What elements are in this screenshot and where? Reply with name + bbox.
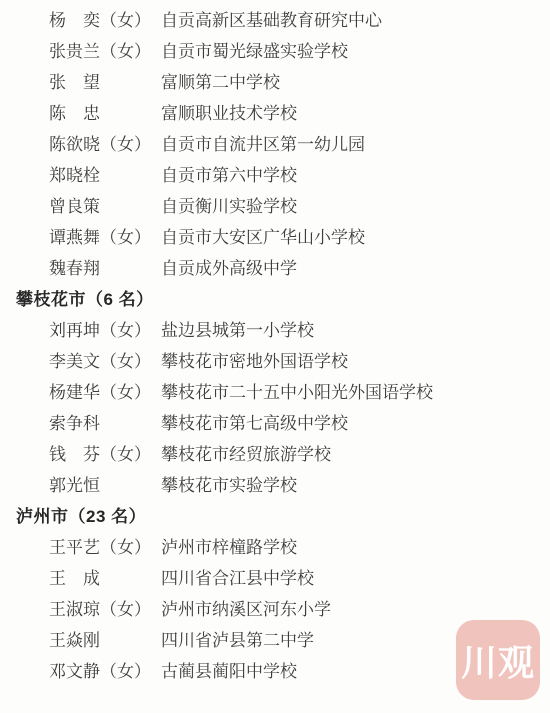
school-name: 攀枝花市密地外国语学校 [161, 347, 348, 372]
teacher-name: 陈 忠 [49, 99, 161, 124]
roster-entry-row: 魏春翔 自贡成外高级中学 [0, 251, 550, 282]
school-name: 自贡市自流井区第一幼儿园 [161, 130, 365, 155]
school-name: 自贡市第六中学校 [161, 161, 297, 186]
city-section-header: 泸州市（23 名） [0, 499, 550, 530]
teacher-name: 索争科 [49, 409, 161, 434]
roster-entry-row: 陈欲晓（女） 自贡市自流井区第一幼儿园 [0, 127, 550, 158]
teacher-name: 杨建华（女） [49, 378, 161, 403]
teacher-name: 杨 奕（女） [49, 6, 161, 31]
roster-entry-row: 李美文（女） 攀枝花市密地外国语学校 [0, 344, 550, 375]
roster-entry-row: 张贵兰（女） 自贡市蜀光绿盛实验学校 [0, 34, 550, 65]
teacher-name: 张 望 [49, 68, 161, 93]
school-name: 自贡市大安区广华山小学校 [161, 223, 365, 248]
teacher-name: 钱 芬（女） [49, 440, 161, 465]
chuanguan-logo-text: 川观 [461, 635, 535, 686]
teacher-name: 王焱刚 [49, 626, 161, 651]
roster-entry-row: 陈 忠 富顺职业技术学校 [0, 96, 550, 127]
roster-entry-row: 索争科 攀枝花市第七高级中学校 [0, 406, 550, 437]
roster-entry-row: 刘再坤（女） 盐边县城第一小学校 [0, 313, 550, 344]
roster-entry-row: 谭燕舞（女） 自贡市大安区广华山小学校 [0, 220, 550, 251]
teacher-name: 王淑琼（女） [49, 595, 161, 620]
roster-entry-row: 张 望 富顺第二中学校 [0, 65, 550, 96]
school-name: 泸州市纳溪区河东小学 [161, 595, 331, 620]
teacher-name: 张贵兰（女） [49, 37, 161, 62]
teacher-name: 曾良策 [49, 192, 161, 217]
school-name: 盐边县城第一小学校 [161, 316, 314, 341]
school-name: 攀枝花市经贸旅游学校 [161, 440, 331, 465]
roster-entry-row: 郑晓栓 自贡市第六中学校 [0, 158, 550, 189]
roster-entry-row: 王淑琼（女） 泸州市纳溪区河东小学 [0, 592, 550, 623]
school-name: 四川省合江县中学校 [161, 564, 314, 589]
teacher-name: 谭燕舞（女） [49, 223, 161, 248]
teacher-name: 刘再坤（女） [49, 316, 161, 341]
school-name: 泸州市梓橦路学校 [161, 533, 297, 558]
roster-entry-row: 曾良策 自贡衡川实验学校 [0, 189, 550, 220]
school-name: 攀枝花市第七高级中学校 [161, 409, 348, 434]
teacher-name: 王 成 [49, 564, 161, 589]
school-name: 自贡高新区基础教育研究中心 [161, 6, 382, 31]
school-name: 富顺第二中学校 [161, 68, 280, 93]
roster-list: 杨 奕（女） 自贡高新区基础教育研究中心 张贵兰（女） 自贡市蜀光绿盛实验学校 … [0, 3, 550, 685]
roster-entry-row: 郭光恒 攀枝花市实验学校 [0, 468, 550, 499]
city-section-header: 攀枝花市（6 名） [0, 282, 550, 313]
chuanguan-watermark-logo: 川观 [456, 620, 540, 700]
school-name: 富顺职业技术学校 [161, 99, 297, 124]
teacher-name: 郭光恒 [49, 471, 161, 496]
roster-entry-row: 王 成 四川省合江县中学校 [0, 561, 550, 592]
teacher-name: 李美文（女） [49, 347, 161, 372]
school-name: 攀枝花市实验学校 [161, 471, 297, 496]
school-name: 自贡衡川实验学校 [161, 192, 297, 217]
school-name: 自贡成外高级中学 [161, 254, 297, 279]
city-section-header-text: 泸州市（23 名） [16, 502, 146, 527]
school-name: 古蔺县蔺阳中学校 [161, 657, 297, 682]
school-name: 四川省泸县第二中学 [161, 626, 314, 651]
school-name: 攀枝花市二十五中小阳光外国语学校 [161, 378, 433, 403]
teacher-name: 王平艺（女） [49, 533, 161, 558]
school-name: 自贡市蜀光绿盛实验学校 [161, 37, 348, 62]
roster-page: 杨 奕（女） 自贡高新区基础教育研究中心 张贵兰（女） 自贡市蜀光绿盛实验学校 … [0, 0, 550, 713]
city-section-header-text: 攀枝花市（6 名） [16, 285, 154, 310]
teacher-name: 魏春翔 [49, 254, 161, 279]
teacher-name: 郑晓栓 [49, 161, 161, 186]
roster-entry-row: 钱 芬（女） 攀枝花市经贸旅游学校 [0, 437, 550, 468]
roster-entry-row: 王平艺（女） 泸州市梓橦路学校 [0, 530, 550, 561]
teacher-name: 邓文静（女） [49, 657, 161, 682]
roster-entry-row: 杨 奕（女） 自贡高新区基础教育研究中心 [0, 3, 550, 34]
teacher-name: 陈欲晓（女） [49, 130, 161, 155]
roster-entry-row: 杨建华（女） 攀枝花市二十五中小阳光外国语学校 [0, 375, 550, 406]
